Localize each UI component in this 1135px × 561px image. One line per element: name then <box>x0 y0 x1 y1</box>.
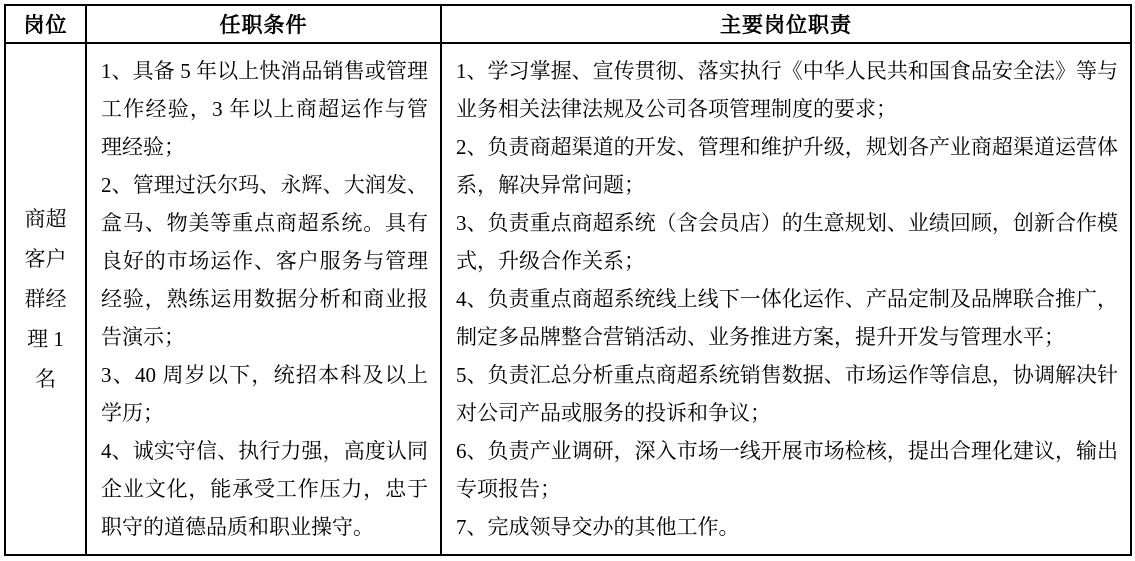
duty-item: 1、学习掌握、宣传贯彻、落实执行《中华人民共和国食品安全法》等与业务相关法律法规… <box>456 52 1118 128</box>
table-row: 商超客户群经理 1 名 1、具备 5 年以上快消品销售或管理工作经验，3 年以上… <box>5 43 1131 555</box>
header-row: 岗位 任职条件 主要岗位职责 <box>5 5 1131 43</box>
position-title: 商超客户群经理 1 名 <box>20 199 72 399</box>
header-duties: 主要岗位职责 <box>441 5 1131 43</box>
requirement-item: 2、管理过沃尔玛、永辉、大润发、盒马、物美等重点商超系统。具有良好的市场运作、客… <box>101 166 428 356</box>
duty-item: 7、完成领导交办的其他工作。 <box>456 508 1118 546</box>
header-position: 岗位 <box>5 5 86 43</box>
requirement-item: 4、诚实守信、执行力强，高度认同企业文化，能承受工作压力，忠于职守的道德品质和职… <box>101 432 428 546</box>
cell-requirements: 1、具备 5 年以上快消品销售或管理工作经验，3 年以上商超运作与管理经验； 2… <box>86 43 441 555</box>
duty-item: 2、负责商超渠道的开发、管理和维护升级，规划各产业商超渠道运营体系，解决异常问题… <box>456 128 1118 204</box>
requirement-item: 1、具备 5 年以上快消品销售或管理工作经验，3 年以上商超运作与管理经验； <box>101 52 428 166</box>
cell-position: 商超客户群经理 1 名 <box>5 43 86 555</box>
requirement-item: 3、40 周岁以下，统招本科及以上学历； <box>101 356 428 432</box>
duty-item: 5、负责汇总分析重点商超系统销售数据、市场运作等信息，协调解决针对公司产品或服务… <box>456 356 1118 432</box>
job-description-table: 岗位 任职条件 主要岗位职责 商超客户群经理 1 名 1、具备 5 年以上快消品… <box>4 4 1132 556</box>
header-requirements: 任职条件 <box>86 5 441 43</box>
cell-duties: 1、学习掌握、宣传贯彻、落实执行《中华人民共和国食品安全法》等与业务相关法律法规… <box>441 43 1131 555</box>
duty-item: 3、负责重点商超系统（含会员店）的生意规划、业绩回顾，创新合作模式，升级合作关系… <box>456 204 1118 280</box>
duty-item: 6、负责产业调研，深入市场一线开展市场检核，提出合理化建议，输出专项报告； <box>456 432 1118 508</box>
page: 岗位 任职条件 主要岗位职责 商超客户群经理 1 名 1、具备 5 年以上快消品… <box>0 0 1135 561</box>
duty-item: 4、负责重点商超系统线上线下一体化运作、产品定制及品牌联合推广，制定多品牌整合营… <box>456 280 1118 356</box>
